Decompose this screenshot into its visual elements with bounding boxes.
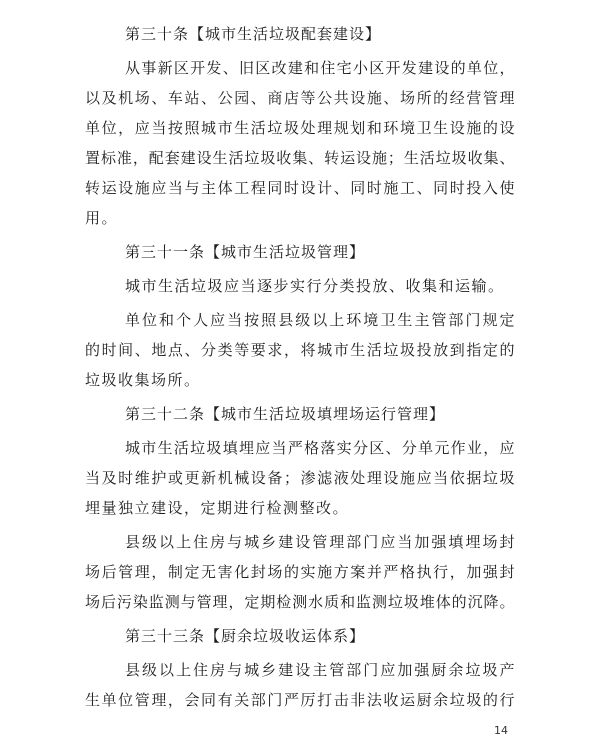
text-line: 单位，应当按照城市生活垃圾处理规划和环境卫生设施的设 [85,114,515,144]
document-page: 第三十条【城市生活垃圾配套建设】从事新区开发、旧区改建和住宅小区开发建设的单位，… [0,0,600,751]
text-line: 垃圾收集场所。 [85,366,515,396]
text-line: 城市生活垃圾填埋应当严格落实分区、分单元作业，应 [85,434,515,464]
text-line: 城市生活垃圾应当逐步实行分类投放、收集和运输。 [85,272,515,302]
article-heading: 第三十三条【厨余垃圾收运体系】 [85,622,515,652]
page-number: 14 [494,724,508,737]
text-line: 场后污染监测与管理，定期检测水质和监测垃圾堆体的沉降。 [85,588,515,618]
text-line: 置标准，配套建设生活垃圾收集、转运设施；生活垃圾收集、 [85,144,515,174]
text-line: 单位和个人应当按照县级以上环境卫生主管部门规定 [85,306,515,336]
text-line: 县级以上住房与城乡建设管理部门应当加强填埋场封 [85,528,515,558]
article-heading: 第三十条【城市生活垃圾配套建设】 [85,20,515,50]
text-line: 县级以上住房与城乡建设主管部门应加强厨余垃圾产 [85,656,515,686]
text-line: 以及机场、车站、公园、商店等公共设施、场所的经营管理 [85,84,515,114]
text-line: 转运设施应当与主体工程同时设计、同时施工、同时投入使 [85,174,515,204]
text-line: 用。 [85,204,515,234]
text-line: 的时间、地点、分类等要求，将城市生活垃圾投放到指定的 [85,336,515,366]
article-heading: 第三十二条【城市生活垃圾填埋场运行管理】 [85,400,515,430]
text-line: 埋量独立建设，定期进行检测整改。 [85,494,515,524]
text-line: 生单位管理，会同有关部门严厉打击非法收运厨余垃圾的行 [85,686,515,716]
document-body: 第三十条【城市生活垃圾配套建设】从事新区开发、旧区改建和住宅小区开发建设的单位，… [85,20,515,716]
text-line: 从事新区开发、旧区改建和住宅小区开发建设的单位， [85,54,515,84]
text-line: 场后管理，制定无害化封场的实施方案并严格执行，加强封 [85,558,515,588]
text-line: 当及时维护或更新机械设备；渗滤液处理设施应当依据垃圾 [85,464,515,494]
article-heading: 第三十一条【城市生活垃圾管理】 [85,238,515,268]
